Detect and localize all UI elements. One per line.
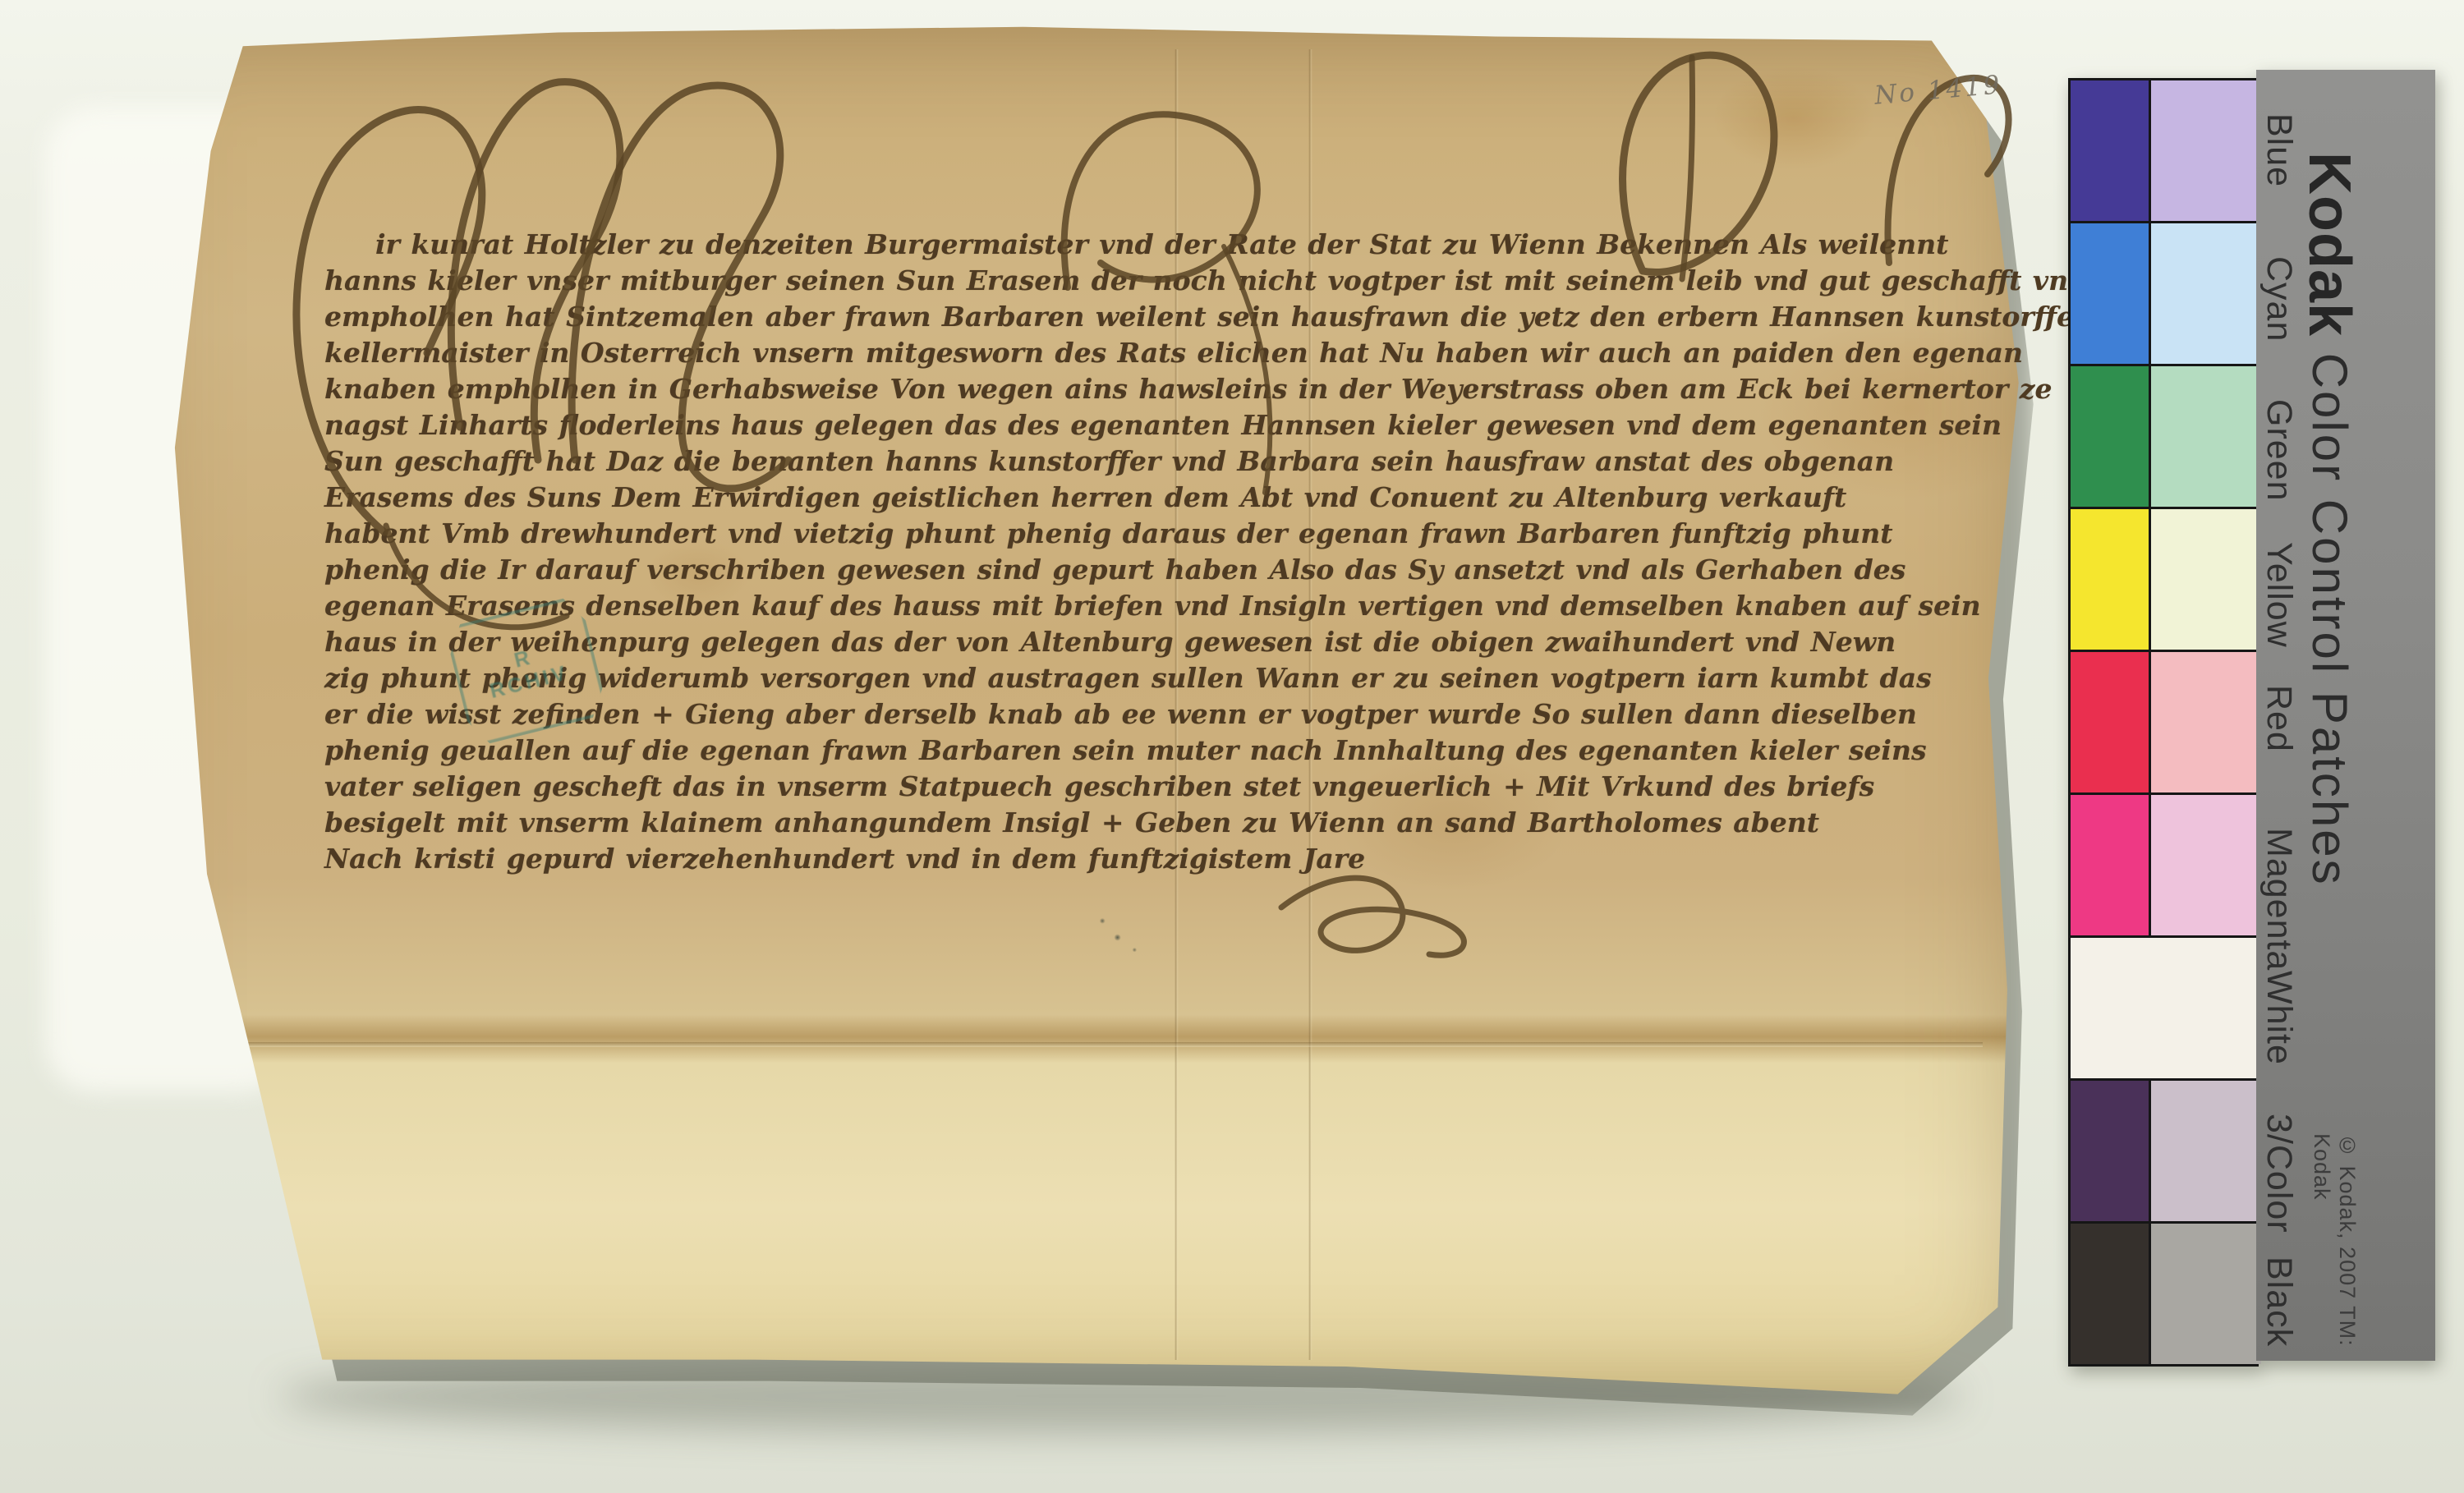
patch-label-white: White — [2261, 971, 2299, 1065]
patch-label-red: Red — [2261, 685, 2299, 752]
patch-black-pale — [2151, 1224, 2261, 1364]
patch-label-cyan: Cyan — [2261, 256, 2299, 342]
manuscript-line: Nach kristi gepurd vierzehenhundert vnd … — [324, 841, 1803, 877]
patch-magenta-pale — [2151, 795, 2261, 935]
patch-green-pale — [2151, 366, 2261, 507]
manuscript-line: knaben empholhen in Gerhabsweise Von weg… — [324, 371, 1803, 407]
manuscript-text-block: ir kunrat Holtzler zu denzeiten Burgerma… — [324, 227, 1803, 877]
manuscript-line: nagst Linharts floderleins haus gelegen … — [324, 407, 1803, 443]
color-patch-grid — [2068, 78, 2259, 1367]
manuscript-line: phenig die Ir darauf verschriben gewesen… — [324, 552, 1803, 588]
manuscript-line: kellermaister in Osterreich vnsern mitge… — [324, 335, 1803, 371]
patch-label-yellow: Yellow — [2261, 542, 2299, 648]
plica-fold-crease — [207, 1042, 1983, 1047]
kodak-color-strip: Kodak Color Control Patches © Kodak, 200… — [2068, 70, 2435, 1361]
manuscript-line: Erasems des Suns Dem Erwirdigen geistlic… — [324, 480, 1803, 516]
manuscript-line: vater seligen gescheft das in vnserm Sta… — [324, 769, 1803, 805]
manuscript-line: phenig geuallen auf die egenan frawn Bar… — [324, 733, 1803, 769]
patch-3/color-solid — [2071, 1081, 2149, 1221]
manuscript-line: hanns kieler vnser mitburger seinen Sun … — [324, 263, 1803, 299]
patch-magenta-solid — [2071, 795, 2149, 935]
kodak-gray-bar: Kodak Color Control Patches © Kodak, 200… — [2256, 70, 2435, 1361]
patch-white — [2071, 938, 2261, 1078]
archival-photograph: ir kunrat Holtzler zu denzeiten Burgerma… — [0, 0, 2464, 1493]
patch-label-blue: Blue — [2261, 113, 2299, 187]
patch-cyan-pale — [2151, 223, 2261, 364]
strip-title-text: Color Control Patches — [2302, 353, 2357, 887]
strip-title-text — [2302, 337, 2357, 353]
patch-label-magenta: Magenta — [2261, 828, 2299, 971]
patch-black-solid — [2071, 1224, 2149, 1364]
patch-green-solid — [2071, 366, 2149, 507]
patch-blue-solid — [2071, 80, 2149, 221]
patch-cyan-solid — [2071, 223, 2149, 364]
kodak-logo: Kodak — [2296, 152, 2362, 337]
manuscript-line: empholhen hat Sintzemalen aber frawn Bar… — [324, 299, 1803, 335]
kodak-strip-title: Kodak Color Control Patches — [2296, 152, 2363, 887]
patch-red-pale — [2151, 652, 2261, 792]
patch-yellow-solid — [2071, 509, 2149, 650]
patch-label-3/color: 3/Color — [2261, 1114, 2299, 1233]
patch-label-black: Black — [2261, 1256, 2299, 1347]
patch-3/color-pale — [2151, 1081, 2261, 1221]
manuscript-line: habent Vmb drewhundert vnd vietzig phunt… — [324, 516, 1803, 552]
manuscript-line: besigelt mit vnserm klainem anhangundem … — [324, 805, 1803, 841]
patch-yellow-pale — [2151, 509, 2261, 650]
patch-red-solid — [2071, 652, 2149, 792]
kodak-copyright: © Kodak, 2007 TM: Kodak — [2309, 1133, 2360, 1361]
patch-label-green: Green — [2261, 399, 2299, 502]
manuscript-line: ir kunrat Holtzler zu denzeiten Burgerma… — [324, 227, 1803, 263]
manuscript-line: Sun geschafft hat Daz die benanten hanns… — [324, 443, 1803, 480]
patch-blue-pale — [2151, 80, 2261, 221]
